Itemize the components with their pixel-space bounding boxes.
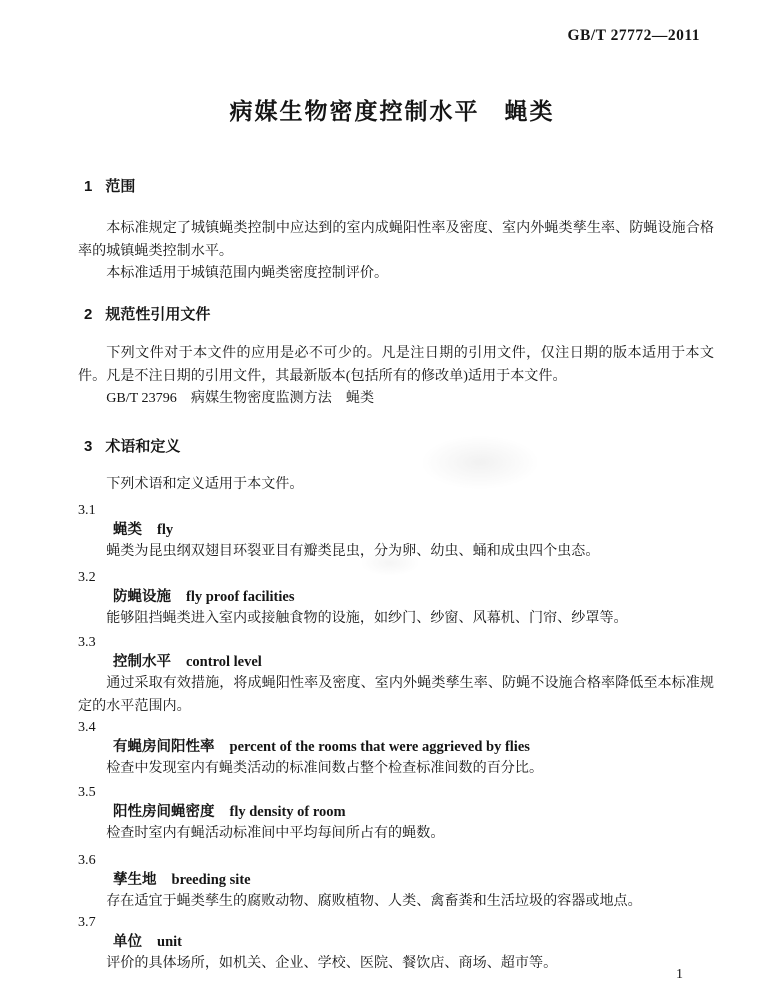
term-entry-3-7: 3.7 单位unit 评价的具体场所，如机关、企业、学校、医院、餐饮店、商场、超… (78, 912, 714, 975)
term-name-en: percent of the rooms that were aggrieved… (230, 739, 530, 755)
term-name-line: 控制水平control level (78, 652, 714, 672)
term-name-en: breeding site (172, 872, 251, 888)
section-2-normative-reference: GB/T 23796 病媒生物密度监测方法 蝇类 (78, 387, 714, 410)
term-name-zh: 蝇类 (113, 522, 142, 538)
scan-smudge (420, 435, 540, 490)
standard-document-page: GB/T 27772—2011 病媒生物密度控制水平 蝇类 1范围 本标准规定了… (0, 0, 784, 1004)
page-number: 1 (676, 965, 683, 985)
section-3-intro: 下列术语和定义适用于本文件。 (78, 473, 714, 496)
section-2-paragraph-1: 下列文件对于本文件的应用是必不可少的。凡是注日期的引用文件，仅注日期的版本适用于… (78, 342, 714, 388)
term-entry-3-3: 3.3 控制水平control level 通过采取有效措施，将成蝇阳性率及密度… (78, 632, 714, 718)
term-entry-3-4: 3.4 有蝇房间阳性率percent of the rooms that wer… (78, 717, 714, 780)
term-definition: 通过采取有效措施，将成蝇阳性率及密度、室内外蝇类孳生率、防蝇不设施合格率降低至本… (78, 672, 714, 718)
term-name-zh: 有蝇房间阳性率 (113, 739, 215, 755)
term-name-en: fly (157, 522, 173, 538)
term-number: 3.7 (78, 912, 714, 932)
term-name-line: 防蝇设施fly proof facilities (78, 587, 714, 607)
term-name-en: unit (157, 934, 182, 950)
term-number: 3.3 (78, 632, 714, 652)
section-3-heading: 3术语和定义 (78, 437, 180, 457)
term-definition: 能够阻挡蝇类进入室内或接触食物的设施，如纱门、纱窗、风幕机、门帘、纱罩等。 (78, 607, 714, 630)
section-1-number: 1 (78, 177, 92, 197)
term-name-line: 阳性房间蝇密度fly density of room (78, 802, 714, 822)
term-definition: 检查中发现室内有蝇类活动的标准间数占整个检查标准间数的百分比。 (78, 757, 714, 780)
term-name-en: fly density of room (230, 804, 346, 820)
term-name-zh: 控制水平 (113, 654, 171, 670)
section-3-number: 3 (78, 437, 92, 457)
term-definition: 评价的具体场所，如机关、企业、学校、医院、餐饮店、商场、超市等。 (78, 952, 714, 975)
term-number: 3.4 (78, 717, 714, 737)
section-1-paragraph-2: 本标准适用于城镇范围内蝇类密度控制评价。 (78, 262, 714, 285)
term-name-line: 有蝇房间阳性率percent of the rooms that were ag… (78, 737, 714, 757)
term-entry-3-2: 3.2 防蝇设施fly proof facilities 能够阻挡蝇类进入室内或… (78, 567, 714, 630)
term-number: 3.1 (78, 500, 714, 520)
term-name-line: 单位unit (78, 932, 714, 952)
section-1-title: 范围 (105, 177, 135, 197)
scan-smudge (360, 550, 420, 576)
section-2-heading: 2规范性引用文件 (78, 305, 210, 325)
section-2-number: 2 (78, 305, 92, 325)
section-3-title: 术语和定义 (105, 437, 180, 457)
term-name-zh: 阳性房间蝇密度 (113, 804, 215, 820)
document-body: 1范围 本标准规定了城镇蝇类控制中应达到的室内成蝇阳性率及密度、室内外蝇类孳生率… (78, 0, 714, 1004)
term-entry-3-6: 3.6 孳生地breeding site 存在适宜于蝇类孳生的腐败动物、腐败植物… (78, 850, 714, 913)
term-definition: 存在适宜于蝇类孳生的腐败动物、腐败植物、人类、禽畜粪和生活垃圾的容器或地点。 (78, 890, 714, 913)
term-name-en: control level (186, 654, 262, 670)
term-entry-3-5: 3.5 阳性房间蝇密度fly density of room 检查时室内有蝇活动… (78, 782, 714, 845)
term-name-line: 蝇类fly (78, 520, 714, 540)
term-name-zh: 单位 (113, 934, 142, 950)
term-name-en: fly proof facilities (186, 589, 294, 605)
term-name-line: 孳生地breeding site (78, 870, 714, 890)
term-name-zh: 防蝇设施 (113, 589, 171, 605)
section-1-heading: 1范围 (78, 177, 135, 197)
section-2-title: 规范性引用文件 (105, 305, 210, 325)
term-number: 3.6 (78, 850, 714, 870)
term-number: 3.5 (78, 782, 714, 802)
term-definition: 检查时室内有蝇活动标准间中平均每间所占有的蝇数。 (78, 822, 714, 845)
term-name-zh: 孳生地 (113, 872, 157, 888)
section-1-paragraph-1: 本标准规定了城镇蝇类控制中应达到的室内成蝇阳性率及密度、室内外蝇类孳生率、防蝇设… (78, 217, 714, 263)
